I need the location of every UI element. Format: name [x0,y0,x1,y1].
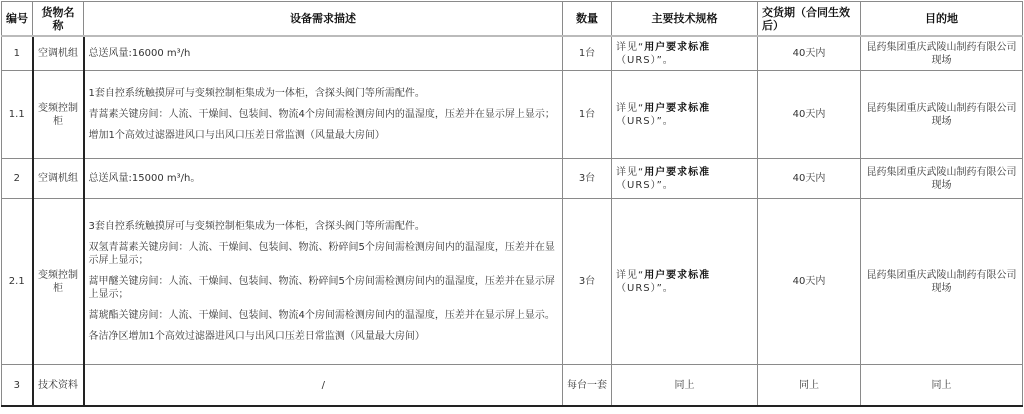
desc-line: 总送风量:16000 m³/h [89,43,559,64]
header-desc: 设备需求描述 [84,2,563,37]
spec-suffix: （URS）”。 [616,116,674,127]
cell-destination: 同上 [861,365,1023,407]
desc-line: 双氢青蒿素关键房间：人流、干燥间、包装间、物流、粉碎间5个房间需检测房间内的温湿… [89,237,559,271]
desc-line: 3套自控系统触摸屏可与变频控制柜集成为一体柜，含探头阀门等所需配件。 [89,216,559,237]
table-row: 2.1 变频控制柜 3套自控系统触摸屏可与变频控制柜集成为一体柜，含探头阀门等所… [2,199,1023,365]
header-destination: 目的地 [861,2,1023,37]
cell-name: 变频控制柜 [33,71,84,159]
spec-bold: 用户要求标准 [644,103,710,114]
cell-destination: 昆药集团重庆武陵山制药有限公司现场 [861,36,1023,71]
cell-qty: 3台 [563,199,612,365]
cell-spec: 详见“用户要求标准（URS）”。 [612,36,758,71]
spec-suffix: （URS）”。 [616,180,674,191]
cell-no: 3 [2,365,33,407]
cell-spec: 详见“用户要求标准（URS）”。 [612,159,758,199]
desc-line: 增加1个高效过滤器进风口与出风口压差日常监测（风量最大房间） [89,125,559,146]
spec-bold: 用户要求标准 [644,42,710,53]
cell-delivery: 40天内 [758,199,861,365]
cell-name: 空调机组 [33,159,84,199]
spec-prefix: 详见“ [616,270,644,281]
equipment-requirements-table: 编号 货物名称 设备需求描述 数量 主要技术规格 交货期（合同生效后） 目的地 … [1,1,1023,407]
cell-no: 1.1 [2,71,33,159]
header-name: 货物名称 [33,2,84,37]
cell-desc: 总送风量:15000 m³/h。 [84,159,563,199]
cell-destination: 昆药集团重庆武陵山制药有限公司现场 [861,199,1023,365]
cell-spec: 详见“用户要求标准（URS）”。 [612,71,758,159]
cell-name: 技术资料 [33,365,84,407]
cell-delivery: 40天内 [758,36,861,71]
cell-desc: 总送风量:16000 m³/h [84,36,563,71]
table-row: 3 技术资料 / 每台一套 同上 同上 同上 [2,365,1023,407]
spec-prefix: 详见“ [616,103,644,114]
desc-line: 蒿甲醚关键房间：人流、干燥间、包装间、物流、粉碎间5个房间需检测房间内的温湿度，… [89,271,559,305]
cell-delivery: 同上 [758,365,861,407]
cell-no: 2 [2,159,33,199]
spec-bold: 用户要求标准 [644,167,710,178]
cell-name: 变频控制柜 [33,199,84,365]
cell-desc: 1套自控系统触摸屏可与变频控制柜集成为一体柜，含探头阀门等所需配件。 青蒿素关键… [84,71,563,159]
desc-line: 总送风量:15000 m³/h。 [89,168,559,189]
header-delivery: 交货期（合同生效后） [758,2,861,37]
spec-prefix: 详见“ [616,167,644,178]
cell-delivery: 40天内 [758,159,861,199]
spec-suffix: （URS）”。 [616,55,674,66]
cell-qty: 1台 [563,36,612,71]
cell-desc: / [84,365,563,407]
table-row: 1 空调机组 总送风量:16000 m³/h 1台 详见“用户要求标准（URS）… [2,36,1023,71]
header-qty: 数量 [563,2,612,37]
table-row: 1.1 变频控制柜 1套自控系统触摸屏可与变频控制柜集成为一体柜，含探头阀门等所… [2,71,1023,159]
desc-line: 蒿琥酯关键房间：人流、干燥间、包装间、物流4个房间需检测房间内的温湿度，压差并在… [89,305,559,326]
cell-spec: 同上 [612,365,758,407]
header-spec: 主要技术规格 [612,2,758,37]
cell-delivery: 40天内 [758,71,861,159]
table-row: 2 空调机组 总送风量:15000 m³/h。 3台 详见“用户要求标准（URS… [2,159,1023,199]
spec-suffix: （URS）”。 [616,283,674,294]
cell-qty: 3台 [563,159,612,199]
cell-qty: 每台一套 [563,365,612,407]
desc-line: 1套自控系统触摸屏可与变频控制柜集成为一体柜，含探头阀门等所需配件。 [89,83,559,104]
cell-spec: 详见“用户要求标准（URS）”。 [612,199,758,365]
cell-desc: 3套自控系统触摸屏可与变频控制柜集成为一体柜，含探头阀门等所需配件。 双氢青蒿素… [84,199,563,365]
cell-no: 1 [2,36,33,71]
spec-bold: 用户要求标准 [644,270,710,281]
cell-destination: 昆药集团重庆武陵山制药有限公司现场 [861,71,1023,159]
desc-line: 青蒿素关键房间：人流、干燥间、包装间、物流4个房间需检测房间内的温湿度，压差并在… [89,104,559,125]
cell-destination: 昆药集团重庆武陵山制药有限公司现场 [861,159,1023,199]
spec-prefix: 详见“ [616,42,644,53]
header-no: 编号 [2,2,33,37]
cell-qty: 1台 [563,71,612,159]
cell-name: 空调机组 [33,36,84,71]
cell-no: 2.1 [2,199,33,365]
header-row: 编号 货物名称 设备需求描述 数量 主要技术规格 交货期（合同生效后） 目的地 [2,2,1023,37]
desc-line: 各洁净区增加1个高效过滤器进风口与出风口压差日常监测（风量最大房间） [89,326,559,347]
